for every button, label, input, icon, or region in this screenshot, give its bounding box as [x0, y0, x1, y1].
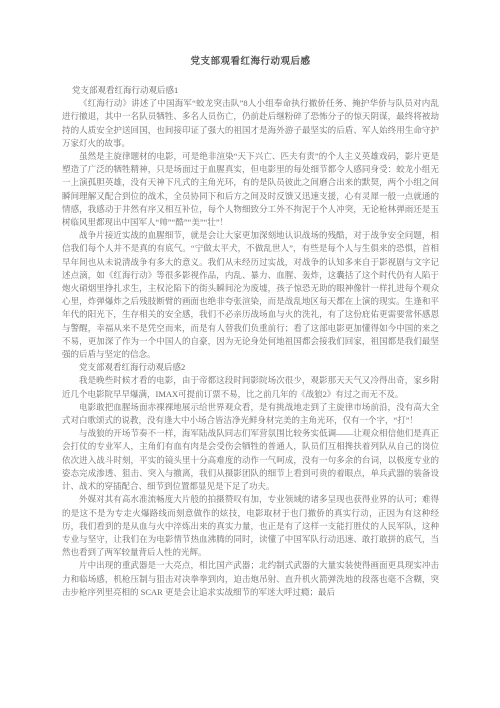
section-2-heading: 党支部观看红海行动观后感2 — [62, 361, 439, 374]
paragraph: 与战狼的开场节奏不一样，海军陆战队同志们军营氛围比较务实低调——让观众相信他们是… — [62, 427, 439, 493]
document-page: 党支部观看红海行动观后感 党支部观看红海行动观后感1 《红海行动》讲述了中国海军… — [62, 55, 439, 599]
paragraph: 片中出现的重武器是一大亮点，相比国产武器；北约制式武器的大量实装使得画面更具现实… — [62, 559, 439, 599]
paragraph: 虽然是主旋律题材的电影，可是绝非渲染“天下兴亡、匹夫有责”的个人主义英雄戏码，影… — [62, 150, 439, 229]
document-title: 党支部观看红海行动观后感 — [62, 55, 439, 69]
paragraph: 战争片接近实战的血腥细节，就是会让大家更加深刻地认识战场的残酷，对于战争安全问题… — [62, 229, 439, 361]
section-2: 党支部观看红海行动观后感2 我是晚些时候才看的电影，由于帝都这段时间影院场次很少… — [62, 361, 439, 599]
paragraph: 外媒对其有高水准流畅度大片般的拍摄赞叹有加，专业领域的诸多呈现也获得业界的认可；… — [62, 493, 439, 559]
section-1: 党支部观看红海行动观后感1 《红海行动》讲述了中国海军“蛟龙突击队”8人小组奉命… — [62, 84, 439, 361]
paragraph: 我是晚些时候才看的电影，由于帝都这段时间影院场次很少，观影那天天气又冷得出奇，家… — [62, 374, 439, 400]
paragraph: 《红海行动》讲述了中国海军“蛟龙突击队”8人小组奉命执行撤侨任务、掩护华侨与队员… — [62, 97, 439, 150]
section-1-heading: 党支部观看红海行动观后感1 — [62, 84, 439, 97]
paragraph: 电影敢把血腥场面赤裸裸地展示给世界观众看，是有挑战地走到了主旋律市场前沿，没有高… — [62, 401, 439, 427]
